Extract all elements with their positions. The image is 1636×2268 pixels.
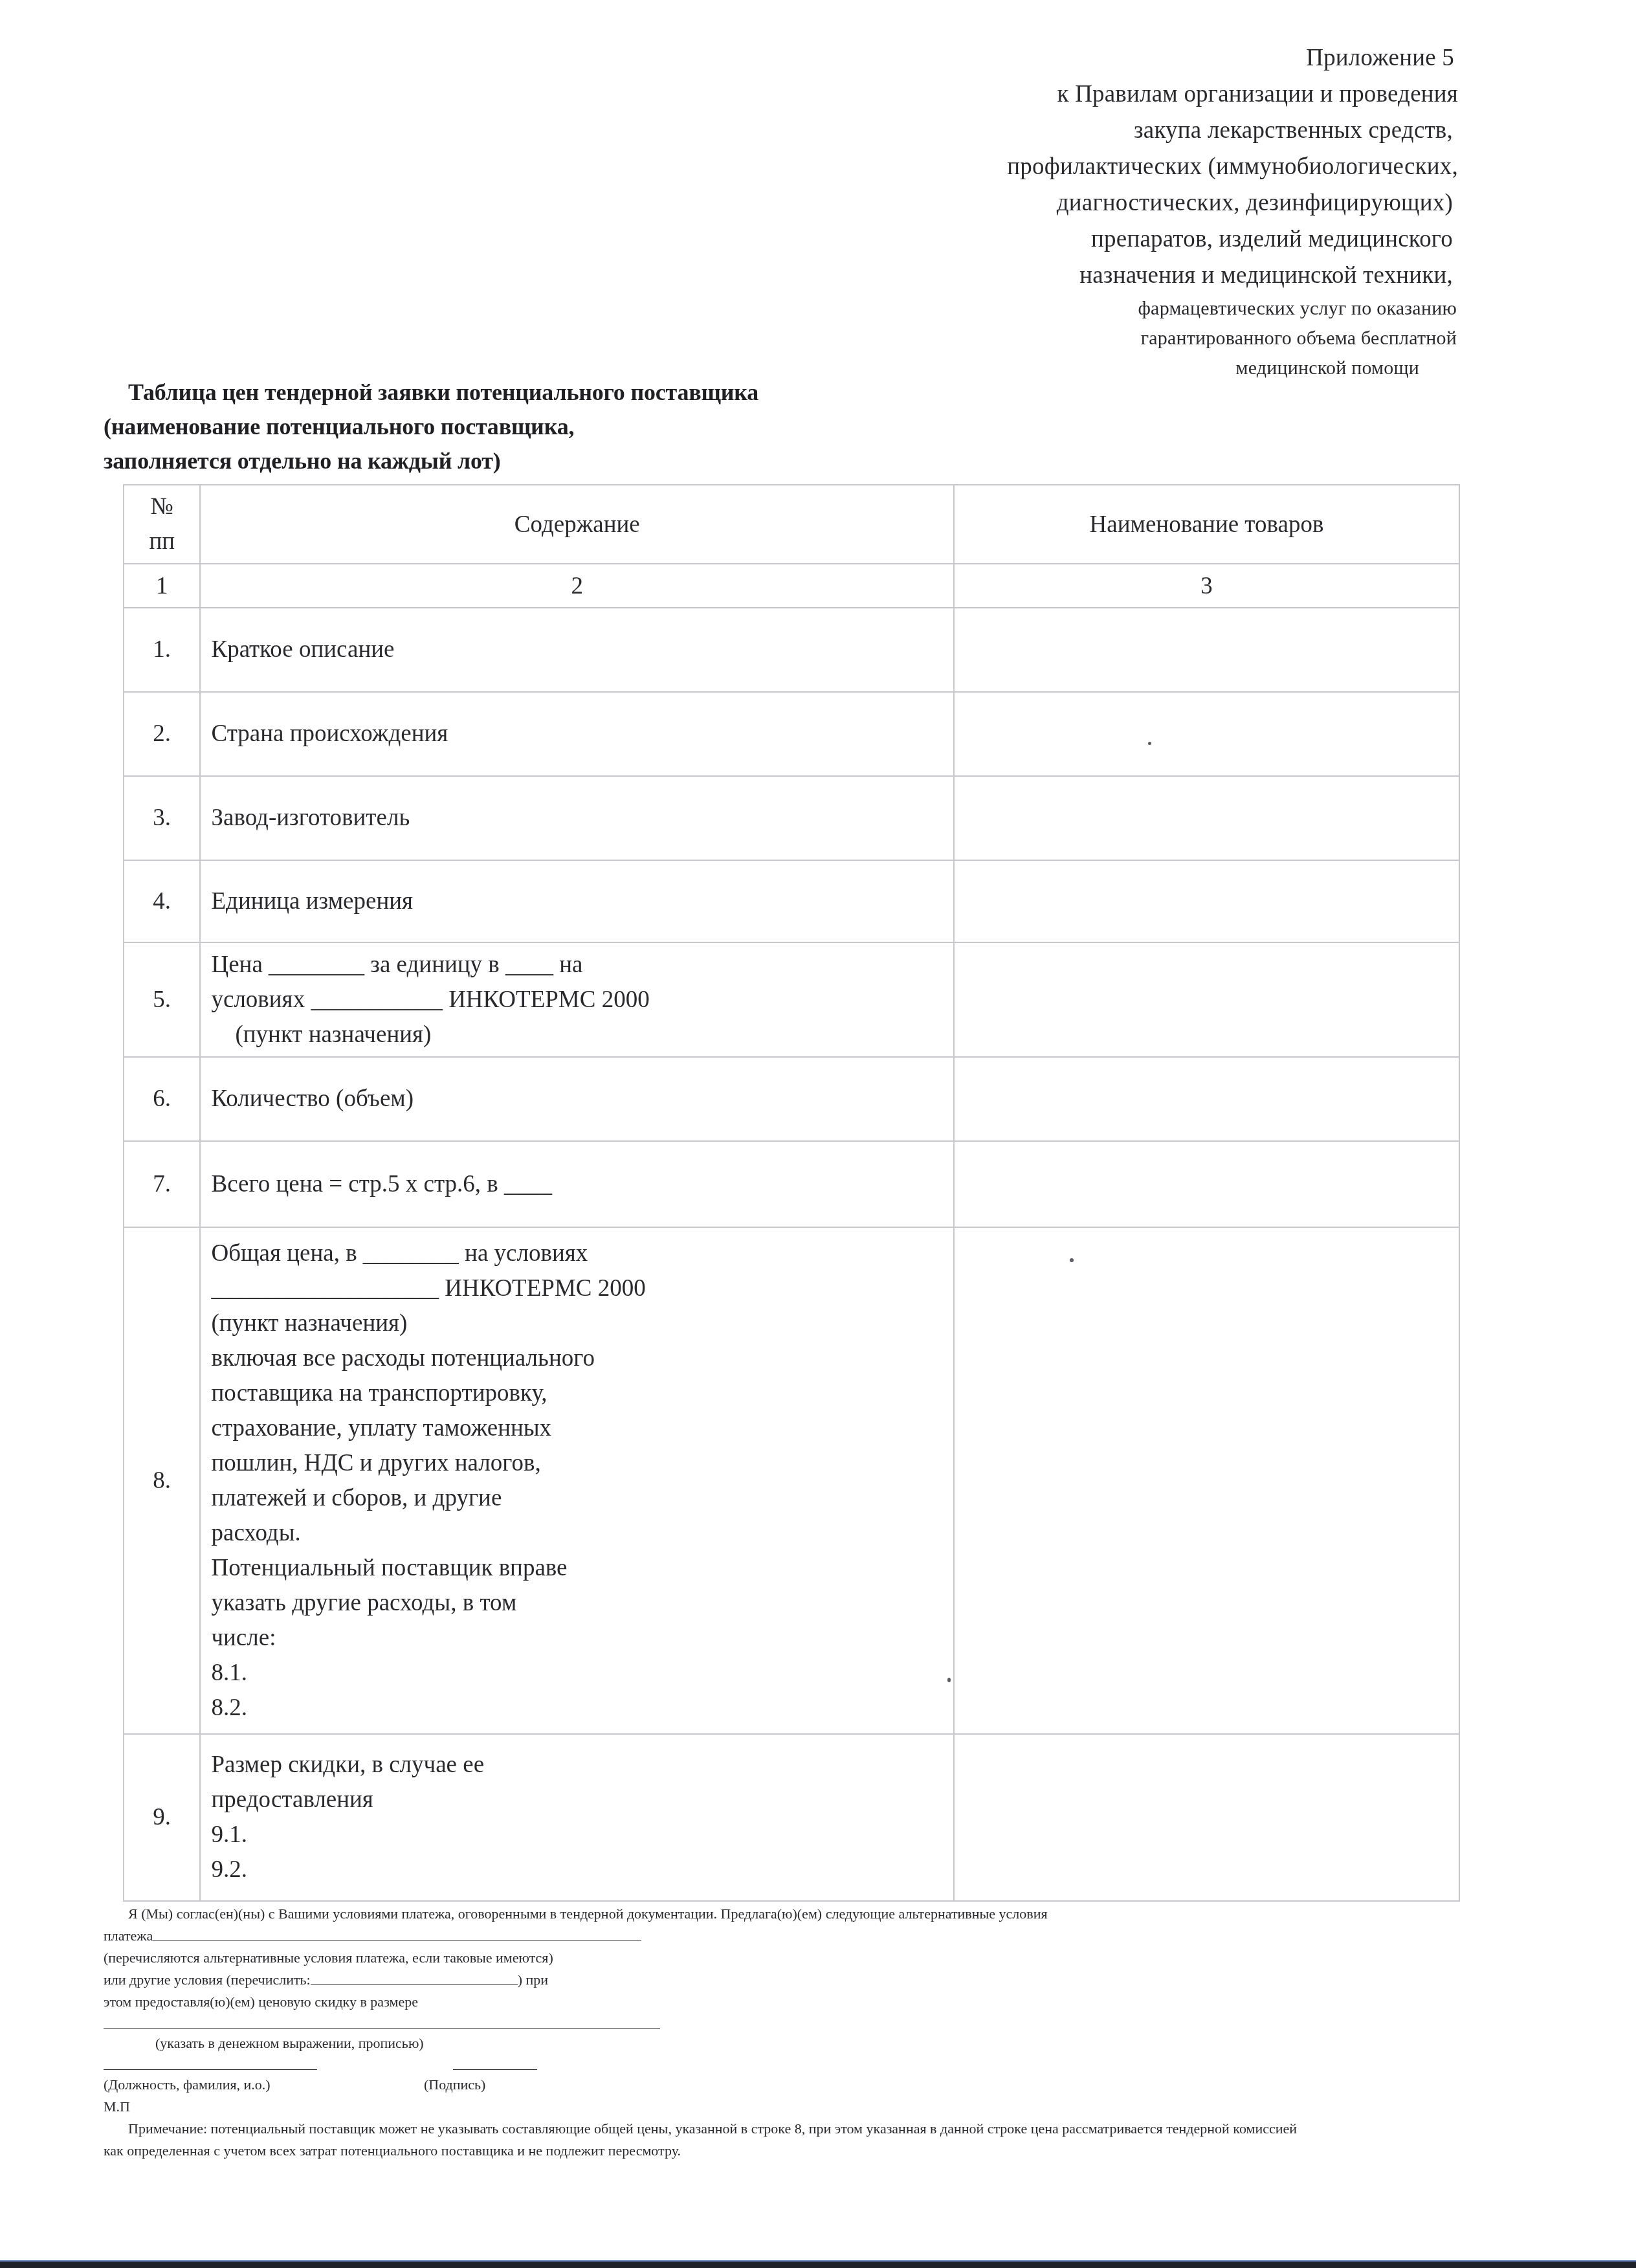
content-line: Страна происхождения <box>211 717 953 751</box>
row-content: Единица измерения <box>200 860 954 942</box>
signature-label: (Подпись) <box>424 2076 485 2093</box>
position-field[interactable] <box>104 2055 317 2070</box>
header-number-sign: № <box>124 489 199 524</box>
other-conditions-line: или другие условия (перечислить:) при <box>104 1969 1463 1991</box>
table-row: 5.Цена ________ за единицу в ____ наусло… <box>124 942 1459 1057</box>
appendix-line: закупа лекарственных средств, <box>876 113 1453 149</box>
row-number: 8. <box>124 1227 200 1734</box>
title-line: заполняется отдельно на каждый лот) <box>104 444 758 478</box>
row-goods-value[interactable] <box>954 942 1459 1057</box>
content-line: страхование, уплату таможенных <box>211 1411 953 1446</box>
row-number: 3. <box>124 776 200 860</box>
table-row: 7.Всего цена = стр.5 х стр.6, в ____ <box>124 1141 1459 1227</box>
row-number: 7. <box>124 1141 200 1227</box>
column-numbers-row: 1 2 3 <box>124 564 1459 608</box>
content-line: (пункт назначения) <box>211 1017 953 1052</box>
scan-speck <box>1070 1258 1074 1262</box>
content-line: предоставления <box>211 1783 953 1818</box>
payment-field[interactable] <box>153 1926 641 1940</box>
table-row: 2.Страна происхождения <box>124 692 1459 776</box>
appendix-line: Приложение 5 <box>876 40 1454 76</box>
row-goods-value[interactable] <box>954 776 1459 860</box>
content-line: Завод-изготовитель <box>211 801 953 836</box>
agreement-text: Я (Мы) соглас(ен)(ны) с Вашими условиями… <box>104 1903 1463 1925</box>
row-number: 4. <box>124 860 200 942</box>
content-line: платежей и сборов, и другие <box>211 1481 953 1516</box>
payment-hint: (перечисляются альтернативные условия пл… <box>104 1947 1463 1969</box>
row-number: 2. <box>124 692 200 776</box>
table-row: 8.Общая цена, в ________ на условиях____… <box>124 1227 1459 1734</box>
appendix-line: диагностических, дезинфицирующих) <box>876 185 1453 221</box>
row-number: 9. <box>124 1734 200 1901</box>
content-line: 8.1. <box>211 1656 953 1691</box>
content-line: Общая цена, в ________ на условиях <box>211 1236 953 1271</box>
content-line: Всего цена = стр.5 х стр.6, в ____ <box>211 1167 953 1202</box>
discount-field-line <box>104 2013 1463 2032</box>
content-line: расходы. <box>211 1516 953 1551</box>
column-number: 2 <box>200 564 954 608</box>
table-header-row: № пп Содержание Наименование товаров <box>124 485 1459 564</box>
payment-line: платежа <box>104 1925 1463 1947</box>
scan-speck <box>1148 742 1151 745</box>
content-line: 9.1. <box>211 1818 953 1852</box>
position-label: (Должность, фамилия, и.о.) <box>104 2074 424 2096</box>
content-line: пошлин, НДС и других налогов, <box>211 1446 953 1481</box>
table-row: 1.Краткое описание <box>124 608 1459 692</box>
appendix-line: профилактических (иммунобиологических, <box>876 149 1458 185</box>
row-content: Общая цена, в ________ на условиях______… <box>200 1227 954 1734</box>
header-content: Содержание <box>200 485 954 564</box>
row-content: Страна происхождения <box>200 692 954 776</box>
row-goods-value[interactable] <box>954 1057 1459 1141</box>
content-line: Цена ________ за единицу в ____ на <box>211 948 953 983</box>
header-number-pp: пп <box>124 524 199 559</box>
other-conditions-field[interactable] <box>311 1970 518 1984</box>
table-row: 4.Единица измерения <box>124 860 1459 942</box>
content-line: Краткое описание <box>211 632 953 667</box>
appendix-line: медицинской помощи <box>876 353 1419 383</box>
signature-labels: (Должность, фамилия, и.о.)(Подпись) <box>104 2074 1463 2096</box>
row-content: Завод-изготовитель <box>200 776 954 860</box>
scan-speck <box>947 1678 951 1682</box>
amount-hint: (указать в денежном выражении, прописью) <box>104 2032 1463 2054</box>
table-row: 6.Количество (объем) <box>124 1057 1459 1141</box>
content-line: 9.2. <box>211 1852 953 1887</box>
note-line: Примечание: потенциальный поставщик може… <box>104 2118 1463 2140</box>
header-goods: Наименование товаров <box>954 485 1459 564</box>
row-content: Всего цена = стр.5 х стр.6, в ____ <box>200 1141 954 1227</box>
title-line: (наименование потенциального поставщика, <box>104 410 758 444</box>
payment-label: платежа <box>104 1928 153 1944</box>
content-line: ___________________ ИНКОТЕРМС 2000 <box>211 1271 953 1306</box>
row-content: Краткое описание <box>200 608 954 692</box>
row-goods-value[interactable] <box>954 608 1459 692</box>
row-content: Цена ________ за единицу в ____ науслови… <box>200 942 954 1057</box>
row-goods-value[interactable] <box>954 1227 1459 1734</box>
table-row: 9.Размер скидки, в случае еепредоставлен… <box>124 1734 1459 1901</box>
row-content: Количество (объем) <box>200 1057 954 1141</box>
content-line: числе: <box>211 1621 953 1656</box>
content-line: условиях ___________ ИНКОТЕРМС 2000 <box>211 983 953 1017</box>
row-number: 6. <box>124 1057 200 1141</box>
content-line: 8.2. <box>211 1691 953 1726</box>
content-line: (пункт назначения) <box>211 1306 953 1341</box>
signature-field[interactable] <box>453 2055 537 2070</box>
content-line: Потенциальный поставщик вправе <box>211 1551 953 1586</box>
discount-line: этом предоставля(ю)(ем) ценовую скидку в… <box>104 1991 1463 2013</box>
footer-block: Я (Мы) соглас(ен)(ны) с Вашими условиями… <box>104 1903 1463 2162</box>
scan-edge <box>0 2260 1636 2268</box>
price-table: № пп Содержание Наименование товаров 1 2… <box>123 484 1460 1902</box>
appendix-line: назначения и медицинской техники, <box>876 258 1453 294</box>
appendix-header: Приложение 5 к Правилам организации и пр… <box>876 40 1458 383</box>
row-goods-value[interactable] <box>954 1141 1459 1227</box>
other-conditions-prefix: или другие условия (перечислить: <box>104 1972 311 1988</box>
title-line: Таблица цен тендерной заявки потенциальн… <box>104 375 758 410</box>
row-goods-value[interactable] <box>954 1734 1459 1901</box>
appendix-line: гарантированного объема бесплатной <box>876 324 1457 353</box>
appendix-line: к Правилам организации и проведения <box>876 76 1458 113</box>
content-line: поставщика на транспортировку, <box>211 1376 953 1411</box>
row-content: Размер скидки, в случае еепредоставления… <box>200 1734 954 1901</box>
row-goods-value[interactable] <box>954 860 1459 942</box>
signature-lines <box>104 2054 1463 2074</box>
content-line: Количество (объем) <box>211 1082 953 1117</box>
discount-amount-field[interactable] <box>104 2014 660 2029</box>
row-number: 5. <box>124 942 200 1057</box>
note-line: как определенная с учетом всех затрат по… <box>104 2140 1463 2162</box>
column-number: 3 <box>954 564 1459 608</box>
other-conditions-suffix: ) при <box>518 1972 548 1988</box>
appendix-line: препаратов, изделий медицинского <box>876 221 1453 258</box>
header-number: № пп <box>124 485 200 564</box>
appendix-line: фармацевтических услуг по оказанию <box>876 294 1457 324</box>
table-row: 3.Завод-изготовитель <box>124 776 1459 860</box>
content-line: Единица измерения <box>211 884 953 919</box>
document-title: Таблица цен тендерной заявки потенциальн… <box>104 375 758 478</box>
row-number: 1. <box>124 608 200 692</box>
stamp-label: М.П <box>104 2096 1463 2118</box>
content-line: Размер скидки, в случае ее <box>211 1748 953 1783</box>
column-number: 1 <box>124 564 200 608</box>
content-line: включая все расходы потенциального <box>211 1341 953 1376</box>
content-line: указать другие расходы, в том <box>211 1586 953 1621</box>
row-goods-value[interactable] <box>954 692 1459 776</box>
